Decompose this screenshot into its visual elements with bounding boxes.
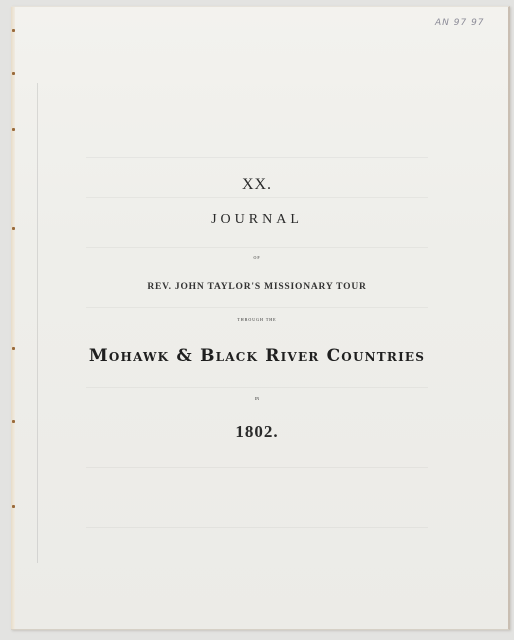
fold-line: [37, 83, 38, 563]
bleed-through-line: [86, 157, 428, 158]
bleed-through-line: [86, 307, 428, 308]
chapter-number: XX.: [0, 176, 514, 194]
through-text: THROUGH THE: [0, 317, 514, 322]
stitch-hole: [12, 29, 15, 32]
stitch-hole: [12, 128, 15, 131]
in-text: IN: [0, 396, 514, 401]
year: 1802.: [0, 422, 514, 442]
author-line: REV. JOHN TAYLOR'S MISSIONARY TOUR: [0, 282, 514, 292]
stitch-hole: [12, 72, 15, 75]
bleed-through-line: [86, 527, 428, 528]
bleed-through-line: [86, 247, 428, 248]
stitch-hole: [12, 505, 15, 508]
of-text: OF: [0, 255, 514, 260]
bleed-through-line: [86, 387, 428, 388]
handwritten-annotation: AN 97 97: [435, 18, 485, 28]
bleed-through-line: [86, 197, 428, 198]
heading: JOURNAL: [0, 212, 514, 228]
region-title: Mohawk & Black River Countries: [0, 346, 514, 366]
bleed-through-line: [86, 467, 428, 468]
